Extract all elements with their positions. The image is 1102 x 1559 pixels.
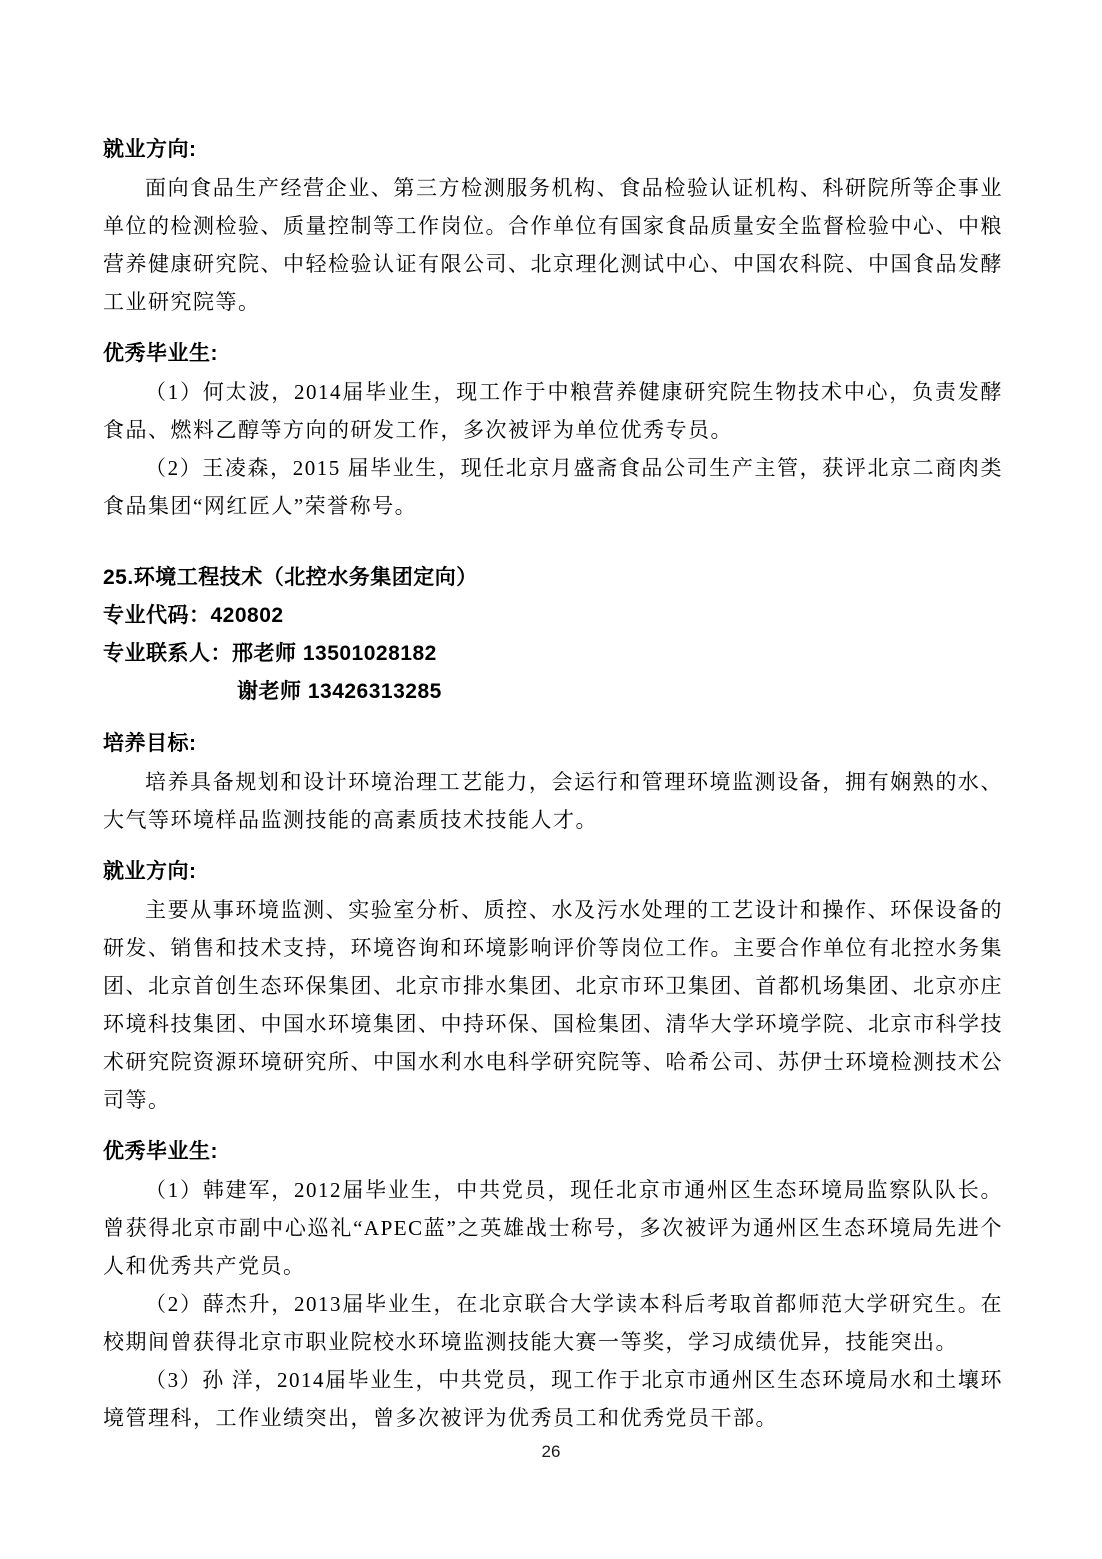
- heading-objective: 培养目标:: [103, 725, 1003, 763]
- major-contact-line-2: 谢老师 13426313285: [103, 673, 1003, 711]
- major-code-line: 专业代码：420802: [103, 597, 1003, 635]
- major-section-title: 25.环境工程技术（北控水务集团定向）: [103, 559, 1003, 597]
- paragraph-graduate-food-1: （1）何太波，2014届毕业生，现工作于中粮营养健康研究院生物技术中心，负责发酵…: [103, 373, 1003, 449]
- page-content: 就业方向: 面向食品生产经营企业、第三方检测服务机构、食品检验认证机构、科研院所…: [103, 131, 1003, 1437]
- heading-graduates-food: 优秀毕业生:: [103, 335, 1003, 373]
- heading-employment-food: 就业方向:: [103, 131, 1003, 169]
- paragraph-graduate-env-2: （2）薛杰升，2013届毕业生，在北京联合大学读本科后考取首都师范大学研究生。在…: [103, 1285, 1003, 1361]
- page-number: 26: [0, 1441, 1102, 1463]
- paragraph-objective: 培养具备规划和设计环境治理工艺能力，会运行和管理环境监测设备，拥有娴熟的水、大气…: [103, 763, 1003, 839]
- paragraph-graduate-env-3: （3）孙 洋，2014届毕业生，中共党员，现工作于北京市通州区生态环境局水和土壤…: [103, 1361, 1003, 1437]
- heading-employment-env: 就业方向:: [103, 853, 1003, 891]
- heading-graduates-env: 优秀毕业生:: [103, 1133, 1003, 1171]
- paragraph-graduate-env-1: （1）韩建军，2012届毕业生，中共党员，现任北京市通州区生态环境局监察队队长。…: [103, 1171, 1003, 1285]
- paragraph-graduate-food-2: （2）王凌森，2015 届毕业生，现任北京月盛斋食品公司生产主管，获评北京二商肉…: [103, 449, 1003, 525]
- major-contact-line-1: 专业联系人：邢老师 13501028182: [103, 635, 1003, 673]
- paragraph-employment-env: 主要从事环境监测、实验室分析、质控、水及污水处理的工艺设计和操作、环保设备的研发…: [103, 891, 1003, 1119]
- document-page: 就业方向: 面向食品生产经营企业、第三方检测服务机构、食品检验认证机构、科研院所…: [0, 0, 1102, 1559]
- paragraph-employment-food: 面向食品生产经营企业、第三方检测服务机构、食品检验认证机构、科研院所等企事业单位…: [103, 169, 1003, 321]
